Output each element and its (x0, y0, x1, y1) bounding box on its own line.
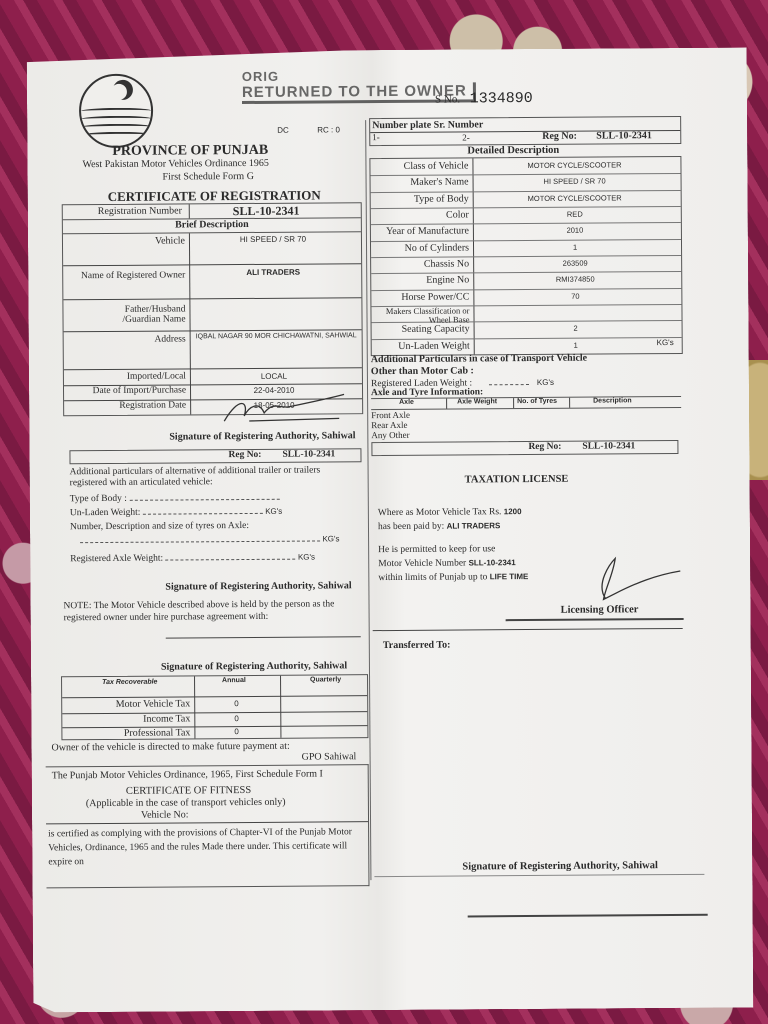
axle-table-header: Axle Axle Weight No. of Tyres Descriptio… (371, 396, 681, 410)
taxation-title: TAXATION LICENSE (465, 474, 569, 486)
vehicle-number-label: Motor Vehicle Number (378, 558, 466, 569)
registration-date-label: Registration Date (64, 400, 186, 411)
detail-value: 263509 (475, 258, 675, 268)
detail-label: Seating Capacity (372, 323, 470, 338)
stamp-line1: ORIG (242, 67, 476, 84)
number-plate-label: Number plate Sr. Number (372, 119, 483, 131)
detail-value: 1 (475, 242, 675, 252)
tax-paid-label: Where as Motor Vehicle Tax Rs. (378, 507, 502, 518)
detail-label: Chassis No (371, 257, 469, 272)
paid-by-label: has been paid by: (378, 522, 444, 532)
address-label: Address (64, 334, 186, 345)
rc-label: RC (317, 125, 329, 134)
plate-reg-value: SLL-10-2341 (596, 130, 652, 141)
motor-vehicle-tax-label: Motor Vehicle Tax (62, 698, 190, 710)
detail-value: HI SPEED / SR 70 (475, 176, 675, 186)
laden-weight-unit: KG's (537, 378, 554, 387)
imported-local-label: Imported/Local (64, 371, 186, 382)
detail-label: Type of Body (371, 192, 469, 207)
trailer-reg-value: SLL-10-2341 (282, 449, 335, 459)
detail-unit: KG's (657, 338, 674, 347)
tax-col-annual: Annual (222, 677, 246, 684)
plate-slot-1: 1- (372, 132, 380, 142)
axle-other: Any Other (371, 430, 410, 440)
trailer-axle-weight: Registered Axle Weight: KG's (70, 550, 360, 566)
taxation-reg-label: Reg No: (528, 442, 561, 452)
tax-amount: 1200 (504, 507, 522, 516)
payment-place: GPO Sahiwal (302, 751, 357, 762)
reg-number-value: SLL-10-2341 (233, 204, 300, 219)
serial-value: 1334890 (470, 90, 533, 107)
detail-label: Class of Vehicle (370, 159, 468, 174)
fitness-ordinance: The Punjab Motor Vehicles Ordinance, 196… (52, 768, 323, 781)
vehicle-number-value: SLL-10-2341 (469, 558, 516, 567)
detail-label: Year of Manufacture (371, 225, 469, 240)
guardian-label: Father/Husband /Guardian Name (93, 304, 185, 325)
owner-label: Name of Registered Owner (63, 270, 185, 281)
fitness-applicable: (Applicable in the case of transport veh… (86, 797, 286, 809)
detail-value: 70 (475, 291, 675, 301)
fitness-vehicle-no: Vehicle No: (141, 809, 189, 820)
transport-subheading: Other than Motor Cab : (371, 365, 474, 377)
trailer-axle-unit: KG's (298, 553, 315, 562)
vehicle-label: Vehicle (63, 235, 185, 247)
axle-front: Front Axle (371, 410, 410, 420)
trailer-fields: Type of Body : Un-Laden Weight: KG's Num… (70, 490, 361, 566)
registration-document: ORIG RETURNED TO THE OWNER S No. 1334890… (27, 47, 754, 1012)
trailer-reg-box: Reg No: SLL-10-2341 (69, 448, 361, 464)
trailer-intro: Additional particulars of alternative of… (70, 465, 360, 489)
registration-table: Registration Number SLL-10-2341 Brief De… (62, 202, 363, 416)
income-tax-label: Income Tax (62, 713, 190, 725)
detail-label: Engine No (371, 274, 469, 289)
ordinance-text: West Pakistan Motor Vehicles Ordinance 1… (82, 158, 269, 170)
detail-value: 1 (476, 340, 676, 350)
trailer-body-label: Type of Body : (70, 494, 127, 504)
trailer-axle-label: Registered Axle Weight: (70, 554, 163, 565)
imported-local-value: LOCAL (194, 371, 354, 381)
income-tax-annual: 0 (234, 714, 239, 723)
brief-description-heading: Brief Description (63, 218, 361, 234)
transport-heading: Additional Particulars in case of Transp… (371, 353, 587, 366)
taxation-reg-value: SLL-10-2341 (582, 441, 635, 451)
serial-number: S No. 1334890 (435, 89, 533, 108)
trailer-unladen-label: Un-Laden Weight: (70, 508, 141, 518)
trailer-tyres-unit: KG's (322, 534, 339, 543)
plate-slot-2: 2- (462, 132, 470, 142)
trailer-reg-label: Reg No: (228, 450, 261, 460)
licensing-officer-label: Licensing Officer (561, 604, 639, 616)
axle-col-description: Description (593, 397, 632, 404)
reg-number-label: Registration Number (98, 205, 182, 217)
detail-label: No of Cylinders (371, 241, 469, 256)
detailed-description-table: Class of VehicleMOTOR CYCLE/SCOOTERMaker… (369, 156, 682, 356)
axle-list: Front Axle Rear Axle Any Other (371, 410, 410, 440)
trailer-tyres-label: Number, Description and size of tyres on… (70, 521, 249, 532)
payment-note: Owner of the vehicle is directed to make… (51, 741, 289, 754)
signature-authority-label-3: Signature of Registering Authority, Sahi… (161, 660, 347, 672)
permitted-text: He is permitted to keep for use (378, 543, 528, 557)
signature-authority-label-2: Signature of Registering Authority, Sahi… (165, 580, 351, 592)
tax-col-recoverable: Tax Recoverable (102, 679, 157, 686)
detail-label: Color (371, 208, 469, 223)
signature-authority-label-1: Signature of Registering Authority, Sahi… (169, 430, 355, 442)
dc-label: DC (277, 126, 289, 135)
authority-signature-icon (219, 390, 359, 431)
taxation-reg-box: Reg No: SLL-10-2341 (371, 440, 678, 456)
fitness-title: CERTIFICATE OF FITNESS (126, 785, 251, 797)
address-value: IQBAL NAGAR 90 MOR CHICHAWATNI, SAHWIAL (194, 332, 359, 340)
detail-value: RED (475, 209, 675, 219)
punjab-emblem-icon (79, 74, 154, 149)
detail-value: MOTOR CYCLE/SCOOTER (474, 160, 674, 170)
motor-vehicle-tax-annual: 0 (234, 699, 239, 708)
taxation-body: Where as Motor Vehicle Tax Rs. 1200 has … (378, 505, 529, 585)
axle-col-tyres: No. of Tyres (517, 398, 557, 405)
tax-table: Tax Recoverable Annual Quarterly Motor V… (61, 674, 368, 740)
owner-value: ALI TRADERS (193, 267, 353, 277)
detailed-description-heading: Detailed Description (467, 145, 559, 157)
trailer-unladen-unit: KG's (265, 507, 282, 516)
detail-label: Un-Laden Weight (372, 339, 470, 354)
payer-name: ALI TRADERS (447, 521, 501, 530)
axle-rear: Rear Axle (371, 420, 410, 430)
detail-label: Maker's Name (371, 176, 469, 191)
vehicle-value: HI SPEED / SR 70 (193, 234, 353, 244)
number-plate-section: Number plate Sr. Number 1- 2- Reg No: SL… (369, 116, 681, 146)
transfer-signature-label: Signature of Registering Authority, Sahi… (462, 860, 658, 872)
detail-value: RMI374850 (475, 274, 675, 284)
detail-value (475, 307, 675, 308)
hire-purchase-note: NOTE: The Motor Vehicle described above … (63, 598, 363, 624)
transferred-to-label: Transferred To: (383, 640, 451, 651)
detail-value: MOTOR CYCLE/SCOOTER (475, 193, 675, 203)
detail-label: Horse Power/CC (371, 290, 469, 305)
tax-col-quarterly: Quarterly (310, 676, 341, 683)
validity-value: LIFE TIME (490, 572, 529, 581)
validity-label: within limits of Punjab up to (378, 572, 487, 583)
axle-col-axle: Axle (399, 399, 414, 406)
professional-tax-annual: 0 (234, 727, 239, 736)
serial-label: S No. (435, 94, 460, 106)
licensing-officer-signature-icon (575, 553, 685, 604)
form-text: First Schedule Form G (162, 171, 253, 183)
detail-value: 2 (476, 323, 676, 333)
axle-col-weight: Axle Weight (457, 398, 497, 405)
professional-tax-label: Professional Tax (62, 727, 190, 739)
purchase-date-label: Date of Import/Purchase (64, 385, 186, 396)
fitness-body: is certified as complying with the provi… (48, 825, 363, 869)
plate-reg-label: Reg No: (542, 131, 577, 142)
rc-value: 0 (335, 125, 340, 134)
fitness-section: The Punjab Motor Vehicles Ordinance, 196… (46, 764, 370, 888)
detail-value: 2010 (475, 225, 675, 235)
